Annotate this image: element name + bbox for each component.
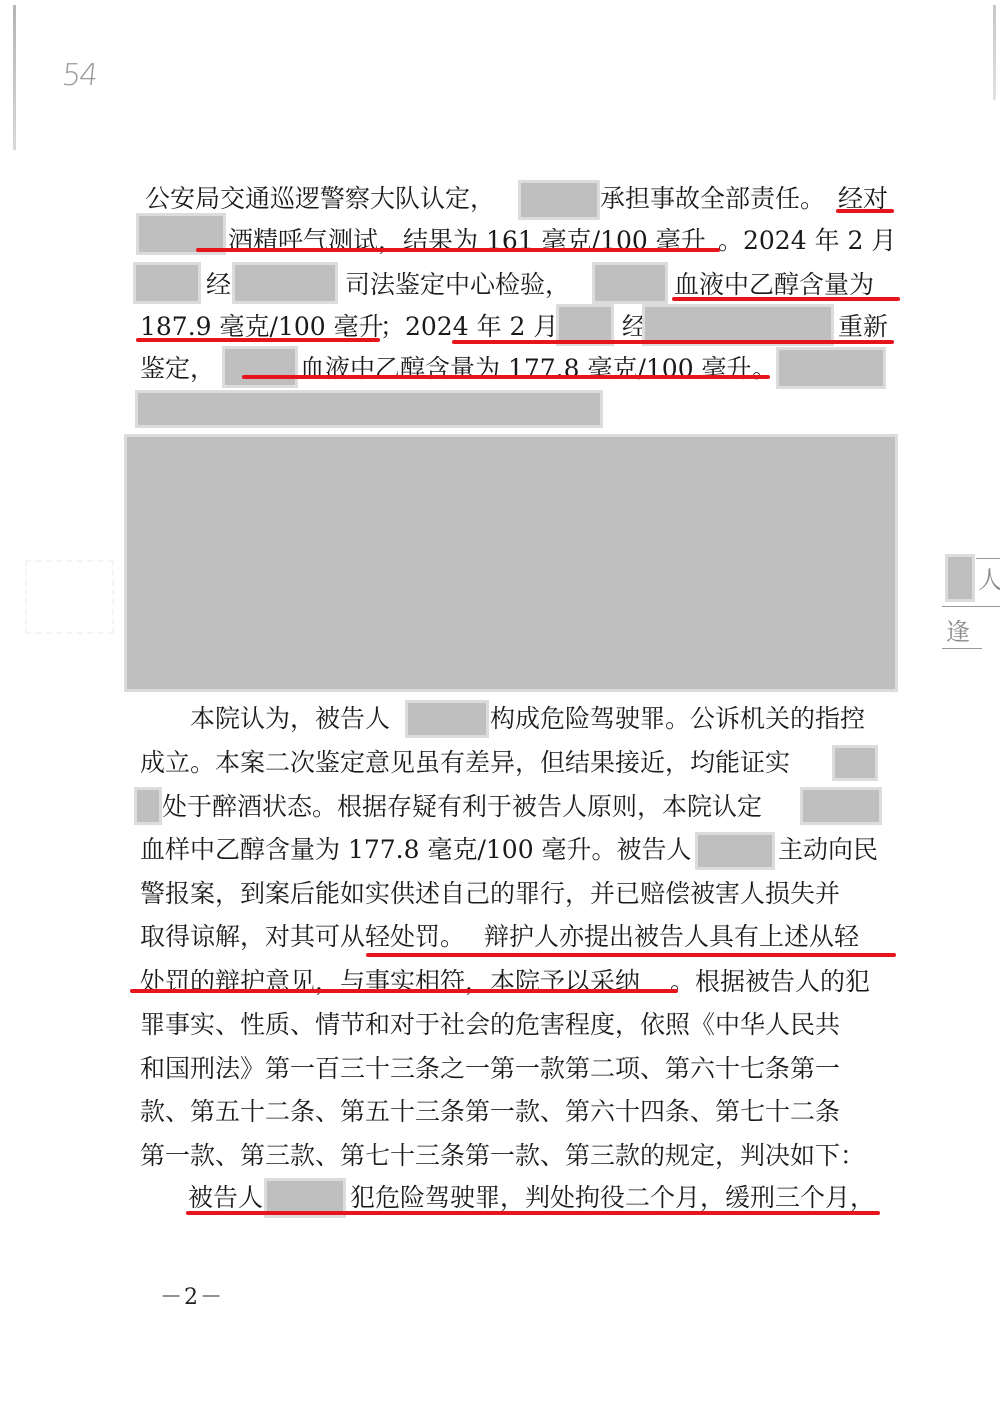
redaction-block [135,390,603,428]
text-line: 处罚的辩护意见，与事实相符，本院予以采纳 。根据被告人的犯 [0,960,1000,1004]
redaction-block [695,832,775,870]
red-underline [366,953,896,957]
text-span: 经 [206,263,231,307]
text-span: 和国刑法》第一百三十三条之一第一款第二项、第六十七条第一 [140,1047,840,1091]
scan-edge-right [993,5,996,100]
fragment-char: 逢 [946,612,970,647]
text-span: 主动向民 [778,828,878,872]
text-span: 酒精呼气测试，结果为 161 毫克/100 毫升 [228,219,706,263]
text-span: 血液中乙醇含量为 177.8 毫克/100 毫升 [300,347,752,391]
text-line: 成立。本案二次鉴定意见虽有差异，但结果接近，均能证实 [0,741,1000,785]
text-span: 。 [752,347,777,391]
redaction-block [776,347,886,389]
red-underline [196,248,720,252]
text-span: 鉴定， [140,347,215,391]
text-span: 本院认为，被告人 [190,697,390,741]
red-underline [836,209,894,213]
page-number: －2－ [160,1280,224,1311]
fragment-rule [976,558,1000,559]
text-line: 处于醉酒状态。根据存疑有利于被告人原则，本院认定 [0,785,1000,829]
text-line: 第一款、第三款、第七十三条第一款、第三款的规定，判决如下： [0,1134,1000,1178]
redaction-block [800,787,882,825]
scan-edge-left [13,5,16,150]
red-underline [186,1211,880,1215]
redaction-block [134,787,162,825]
text-span: 187.9 毫克/100 毫升 [140,305,384,349]
text-line: 本院认为，被告人 构成危险驾驶罪。公诉机关的指控 [0,697,1000,741]
redaction-block [592,262,668,304]
text-span: 罪事实、性质、情节和对于社会的危害程度，依照《中华人民共 [140,1003,840,1047]
text-span: 血样中乙醇含量为 177.8 毫克/100 毫升。被告人 [140,828,692,872]
text-span: 处于醉酒状态。根据存疑有利于被告人原则，本院认定 [162,785,762,829]
redaction-block [222,346,298,388]
text-span: 。根据被告人的犯 [670,960,870,1004]
fragment-char: 人 [978,560,1000,595]
text-span: 承担事故全部责任。 [600,177,825,221]
redaction-block [133,262,201,304]
red-underline [136,338,380,342]
text-span: 成立。本案二次鉴定意见虽有差异，但结果接近，均能证实 [140,741,790,785]
text-span: 第一款、第三款、第七十三条第一款、第三款的规定，判决如下： [140,1134,865,1178]
text-span: 处罚的辩护意见，与事实相符，本院予以采纳 [140,960,640,1004]
text-line: 酒精呼气测试，结果为 161 毫克/100 毫升 。2024 年 2 月 [0,219,1000,263]
text-span: 款、第五十二条、第五十三条第一款、第六十四条、第七十二条 [140,1090,840,1134]
text-span: 警报案，到案后能如实供述自己的罪行，并已赔偿被害人损失并 [140,872,840,916]
redaction-block [232,262,338,304]
red-underline [452,340,894,344]
text-span: 构成危险驾驶罪。公诉机关的指控 [490,697,865,741]
text-line: 鉴定， 血液中乙醇含量为 177.8 毫克/100 毫升 。 [0,347,1000,391]
red-underline [672,297,900,301]
redaction-block-large [124,434,898,692]
text-span: 。2024 年 2 月 [718,219,896,263]
text-line: 款、第五十二条、第五十三条第一款、第六十四条、第七十二条 [0,1090,1000,1134]
text-line: 血样中乙醇含量为 177.8 毫克/100 毫升。被告人 主动向民 [0,828,1000,872]
handwritten-page-note: 54 [60,58,98,93]
redaction-block [832,745,878,781]
fragment-rule [942,606,1000,607]
adjacent-page-fragment: 人 逢 [940,548,1000,668]
faint-bleedthrough-mark [25,560,114,634]
text-line: 和国刑法》第一百三十三条之一第一款第二项、第六十七条第一 [0,1047,1000,1091]
text-line: 警报案，到案后能如实供述自己的罪行，并已赔偿被害人损失并 [0,872,1000,916]
text-span: 经对 [838,177,888,221]
redaction-block [405,700,489,738]
redaction-block [518,180,600,220]
redaction-block [945,554,975,602]
red-underline [130,989,678,993]
red-underline [242,375,770,379]
text-span: 司法鉴定中心检验， [345,263,570,307]
fragment-rule [942,648,982,649]
text-line: 罪事实、性质、情节和对于社会的危害程度，依照《中华人民共 [0,1003,1000,1047]
